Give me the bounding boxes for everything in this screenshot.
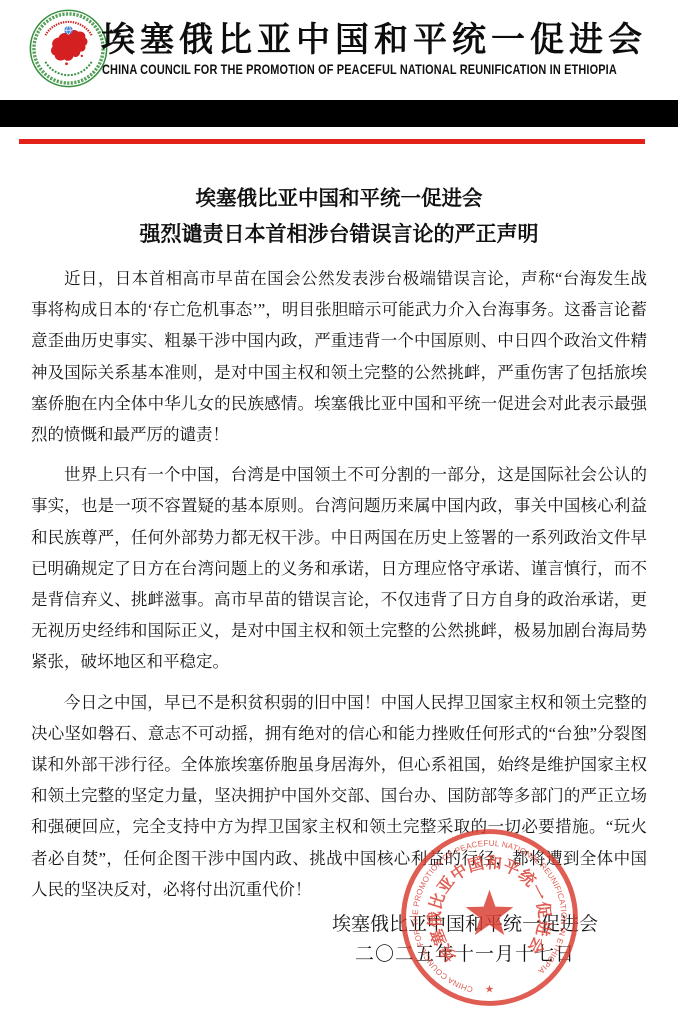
statement-title-line1: 埃塞俄比亚中国和平统一促进会 (0, 181, 678, 211)
org-name-chinese: 埃塞俄比亚中国和平统一促进会 (101, 21, 661, 59)
taiwan-dot (81, 55, 83, 57)
paragraph-1: 近日，日本首相高市早苗在国会公然发表涉台极端错误言论，声称“台海发生战事将构成日… (31, 263, 647, 450)
signature-date: 二〇二五年十一月十七日 (322, 940, 608, 970)
statement-title-line2: 强烈谴责日本首相涉台错误言论的严正声明 (0, 218, 678, 248)
council-emblem-logo (29, 9, 108, 88)
hainan-dot (65, 62, 68, 65)
signature-block: 埃塞俄比亚中国和平统一促进会 二〇二五年十一月十七日 (322, 910, 608, 970)
paragraph-3: 今日之中国，早已不是积贫积弱的旧中国！中国人民捍卫国家主权和领土完整的决心坚如磐… (31, 687, 647, 905)
red-divider-rule (19, 139, 645, 144)
paragraph-2: 世界上只有一个中国，台湾是中国领土不可分割的一部分，这是国际社会公认的事实，也是… (31, 459, 647, 677)
statement-document-page: 埃塞俄比亚中国和平统一促进会 CHINA COUNCIL FOR THE PRO… (0, 0, 678, 1010)
org-name-english: CHINA COUNCIL FOR THE PROMOTION OF PEACE… (102, 61, 648, 77)
statement-body: 近日，日本首相高市早苗在国会公然发表涉台极端错误言论，声称“台海发生战事将构成日… (31, 263, 647, 914)
seal-bottom-star: ★ (485, 984, 495, 996)
redaction-bar (0, 100, 678, 127)
signature-org: 埃塞俄比亚中国和平统一促进会 (322, 910, 608, 940)
